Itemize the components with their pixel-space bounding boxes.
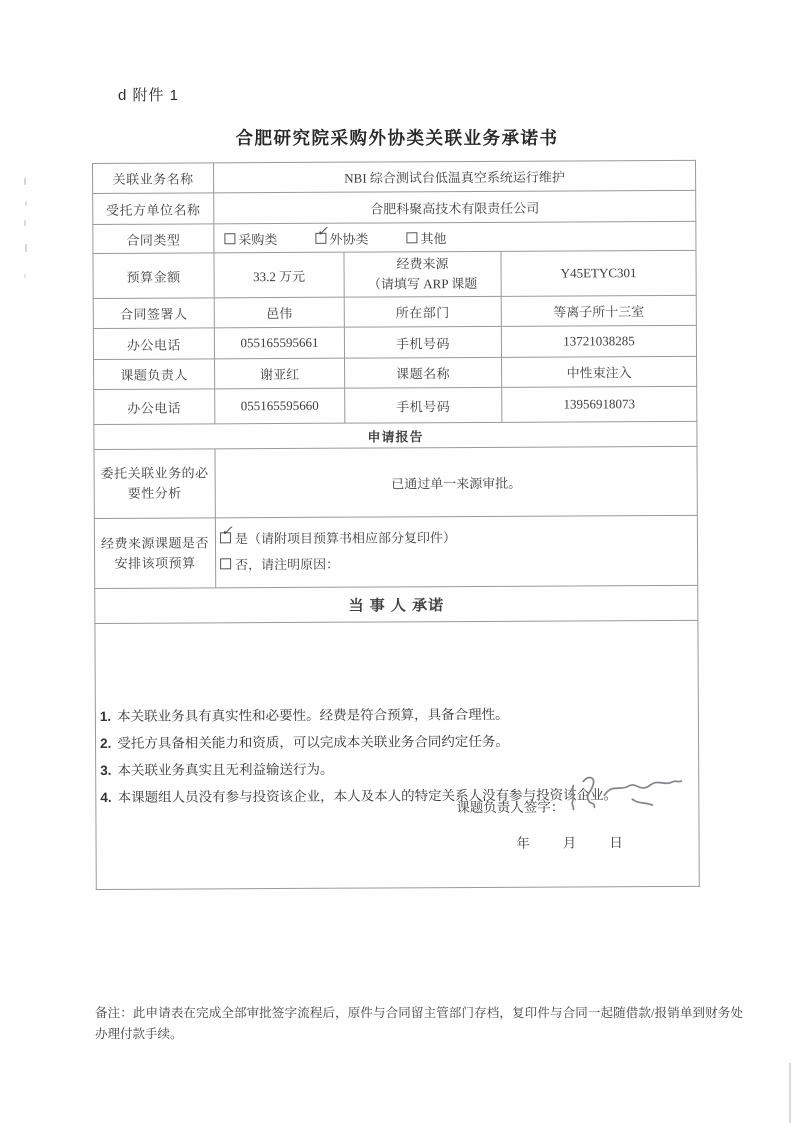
office-phone1-value: 055165595661: [214, 327, 344, 359]
yes-option-label: 是（请附项目预算书相应部分复印件）: [235, 527, 456, 547]
handwritten-signature: [566, 769, 684, 822]
trustee-label: 受托方单位名称: [93, 193, 214, 225]
commitment-number: 3.: [100, 757, 111, 784]
office-phone2-label: 办公电话: [94, 389, 215, 425]
department-value: 等离子所十三室: [501, 296, 696, 327]
contract-type-option-purchase: 采购类: [224, 229, 277, 248]
project-name-value: 中性束注入: [502, 357, 697, 388]
commitment-item: 1. 本关联业务具有真实性和必要性。经费是符合预算，具备合理性。: [100, 700, 694, 730]
other-checkbox[interactable]: [406, 232, 417, 243]
funding-code-value: Y45ETYC301: [501, 250, 696, 296]
budget-label: 预算金额: [93, 253, 214, 299]
outsourcing-checkbox[interactable]: ✓: [315, 232, 326, 243]
necessity-value: 已通过单一来源审批。: [215, 447, 697, 519]
page-title: 合肥研究院采购外协类关联业务承诺书: [0, 125, 794, 150]
purchase-option-label: 采购类: [238, 229, 277, 248]
office-phone2-value: 055165595660: [215, 388, 345, 424]
commitment-text: 本关联业务真实且无利益输送行为。: [117, 756, 333, 784]
commitment-number: 4.: [100, 784, 111, 811]
mobile2-value: 13956918073: [502, 387, 697, 423]
commitment-item: 2. 受托方具备相关能力和资质，可以完成本关联业务合同约定任务。: [100, 727, 694, 757]
row-commitments: 1. 本关联业务具有真实性和必要性。经费是符合预算，具备合理性。 2. 受托方具…: [95, 621, 699, 890]
pi-value: 谢亚红: [215, 358, 345, 389]
funding-source-label: 经费来源 （请填写 ARP 课题: [348, 254, 496, 295]
funding-label-line1: 经费来源: [348, 254, 496, 275]
trustee-value: 合肥科聚高技术有限责任公司: [214, 190, 696, 224]
contract-type-label: 合同类型: [93, 224, 214, 254]
signature-block: 课题负责人签字： 年 月 日: [456, 789, 684, 852]
budget-arranged-no: 否，请注明原因：: [220, 552, 693, 573]
report-section-header: 申请报告: [94, 422, 697, 450]
contract-type-option-outsourcing: ✓ 外协类: [315, 228, 368, 247]
office-phone1-label: 办公电话: [93, 328, 214, 360]
pi-label: 课题负责人: [94, 359, 215, 390]
yes-checkbox[interactable]: ✓: [220, 533, 231, 544]
commitment-text: 受托方具备相关能力和资质，可以完成本关联业务合同约定任务。: [117, 728, 509, 757]
row-necessity: 委托关联业务的必要性分析 已通过单一来源审批。: [94, 447, 697, 519]
scan-edge-line: [789, 1063, 791, 1123]
business-name-label: 关联业务名称: [93, 163, 214, 194]
signature-date-line: 年 月 日: [457, 831, 685, 852]
attachment-label: d 附件 1: [118, 84, 179, 105]
commitment-number: 2.: [100, 730, 111, 757]
no-checkbox[interactable]: [220, 559, 231, 570]
budget-value: 33.2 万元: [214, 252, 344, 298]
mobile1-value: 13721038285: [501, 326, 696, 358]
row-phones-1: 办公电话 055165595661 手机号码 13721038285: [93, 326, 696, 360]
signer-value: 邑伟: [214, 297, 344, 328]
necessity-label: 委托关联业务的必要性分析: [94, 449, 215, 519]
row-business-name: 关联业务名称 NBI 综合测试台低温真空系统运行维护: [93, 160, 696, 193]
commitment-text: 本关联业务具有真实性和必要性。经费是符合预算，具备合理性。: [117, 701, 509, 730]
contract-type-option-other: 其他: [406, 228, 446, 247]
signer-label: 合同签署人: [93, 298, 214, 329]
row-phones-2: 办公电话 055165595660 手机号码 13956918073: [94, 387, 697, 425]
row-trustee: 受托方单位名称 合肥科聚高技术有限责任公司: [93, 190, 696, 224]
scanned-document-page: d 附件 1 合肥研究院采购外协类关联业务承诺书 关联业务名称 NBI 综合测试…: [0, 0, 794, 1123]
row-budget-funding: 预算金额 33.2 万元 经费来源 （请填写 ARP 课题 Y45ETYC301: [93, 250, 696, 298]
no-option-label: 否，请注明原因：: [235, 554, 339, 574]
row-report-header: 申请报告: [94, 422, 697, 450]
footer-note: 备注：此申请表在完成全部审批签字流程后，原件与合同留主管部门存档，复印件与合同一…: [95, 1003, 743, 1044]
outsourcing-option-label: 外协类: [329, 228, 368, 247]
other-option-label: 其他: [420, 228, 446, 247]
contract-type-options: 采购类 ✓ 外协类 其他: [218, 226, 691, 247]
budget-arranged-yes: ✓ 是（请附项目预算书相应部分复印件）: [220, 526, 693, 547]
project-name-label: 课题名称: [345, 358, 502, 389]
row-signer: 合同签署人 邑伟 所在部门 等离子所十三室: [93, 296, 696, 329]
mobile1-label: 手机号码: [344, 327, 501, 359]
funding-label-line2: （请填写 ARP 课题: [349, 274, 497, 295]
commitment-form-table: 关联业务名称 NBI 综合测试台低温真空系统运行维护 受托方单位名称 合肥科聚高…: [92, 160, 700, 890]
row-promise-header: 当 事 人 承诺: [95, 586, 698, 624]
purchase-checkbox[interactable]: [224, 233, 235, 244]
row-pi: 课题负责人 谢亚红 课题名称 中性束注入: [94, 357, 697, 390]
promise-section-header: 当 事 人 承诺: [95, 586, 698, 624]
commitment-number: 1.: [100, 703, 111, 730]
mobile2-label: 手机号码: [345, 388, 502, 424]
business-name-value: NBI 综合测试台低温真空系统运行维护: [214, 160, 696, 193]
row-contract-type: 合同类型 采购类 ✓ 外协类 其他: [93, 221, 696, 253]
scan-edge-artifacts: [24, 178, 28, 278]
department-label: 所在部门: [344, 297, 501, 328]
signature-label: 课题负责人签字：: [456, 796, 564, 817]
budget-arranged-label: 经费来源课题是否安排该项预算: [94, 518, 215, 589]
row-budget-arranged: 经费来源课题是否安排该项预算 ✓ 是（请附项目预算书相应部分复印件） 否，请注明…: [94, 516, 697, 589]
